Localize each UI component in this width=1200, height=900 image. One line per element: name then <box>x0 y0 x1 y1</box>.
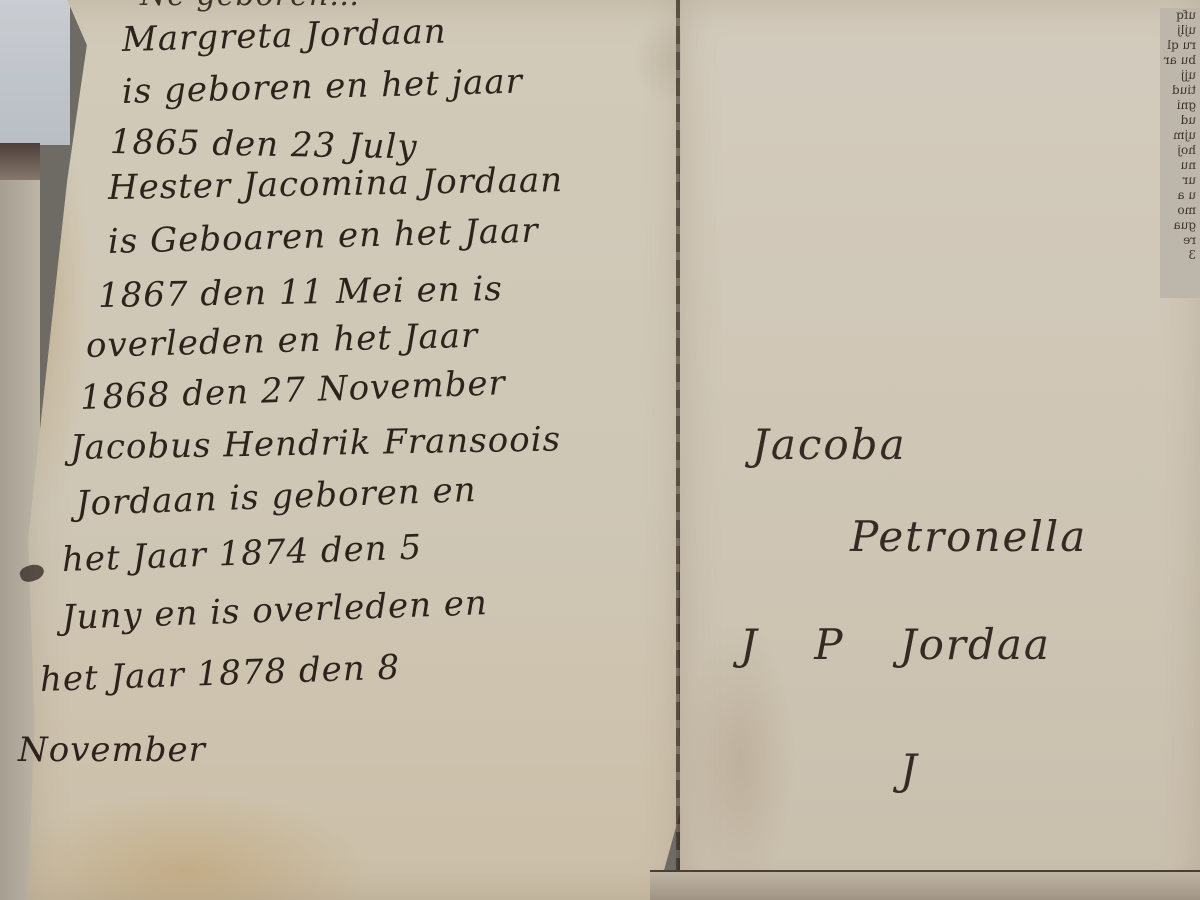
clipping-line: ufq <box>1160 8 1200 23</box>
clipping-line: ru ql <box>1160 38 1200 53</box>
page-tear-edge <box>676 0 680 900</box>
background-shadow <box>0 143 40 183</box>
clipping-line: gni <box>1160 98 1200 113</box>
clipping-line: 3 <box>1160 248 1200 263</box>
newspaper-clipping: ufq ujlj ru ql bu ar ujj tiud gni ud ujm… <box>1160 8 1200 298</box>
clipping-line: mo <box>1160 203 1200 218</box>
handwritten-name: Petronella <box>850 512 1087 561</box>
clipping-line: ud <box>1160 113 1200 128</box>
handwritten-line: 1867 den 11 Mei en is <box>98 269 503 316</box>
handwritten-initial: J <box>900 745 919 794</box>
clipping-line: nu <box>1160 158 1200 173</box>
handwritten-line: Jacobus Hendrik Fransoois <box>70 419 562 468</box>
handwritten-line: Margreta Jordaan <box>121 12 447 60</box>
clipping-line: tiud <box>1160 83 1200 98</box>
clipping-line: re <box>1160 233 1200 248</box>
clipping-line: ur <box>1160 173 1200 188</box>
clipping-line: hoj <box>1160 143 1200 158</box>
handwritten-line: 1865 den 23 July <box>110 122 418 167</box>
handwritten-name: Jacoba <box>752 420 907 469</box>
handwritten-line: Hester Jacomina Jordaan <box>108 160 564 208</box>
clipping-line: ujlj <box>1160 23 1200 38</box>
clipping-line: bu ar <box>1160 53 1200 68</box>
clipping-line: ujm <box>1160 128 1200 143</box>
handwritten-line-fragment: Ne geboren… <box>140 0 360 13</box>
clipping-line: ujj <box>1160 68 1200 83</box>
handwritten-initials: J P Jordaa <box>740 620 1051 669</box>
background-wall <box>0 0 70 145</box>
clipping-line: gua <box>1160 218 1200 233</box>
page-bottom-edge <box>650 870 1200 900</box>
handwritten-line: November <box>18 730 206 770</box>
clipping-line: u a <box>1160 188 1200 203</box>
